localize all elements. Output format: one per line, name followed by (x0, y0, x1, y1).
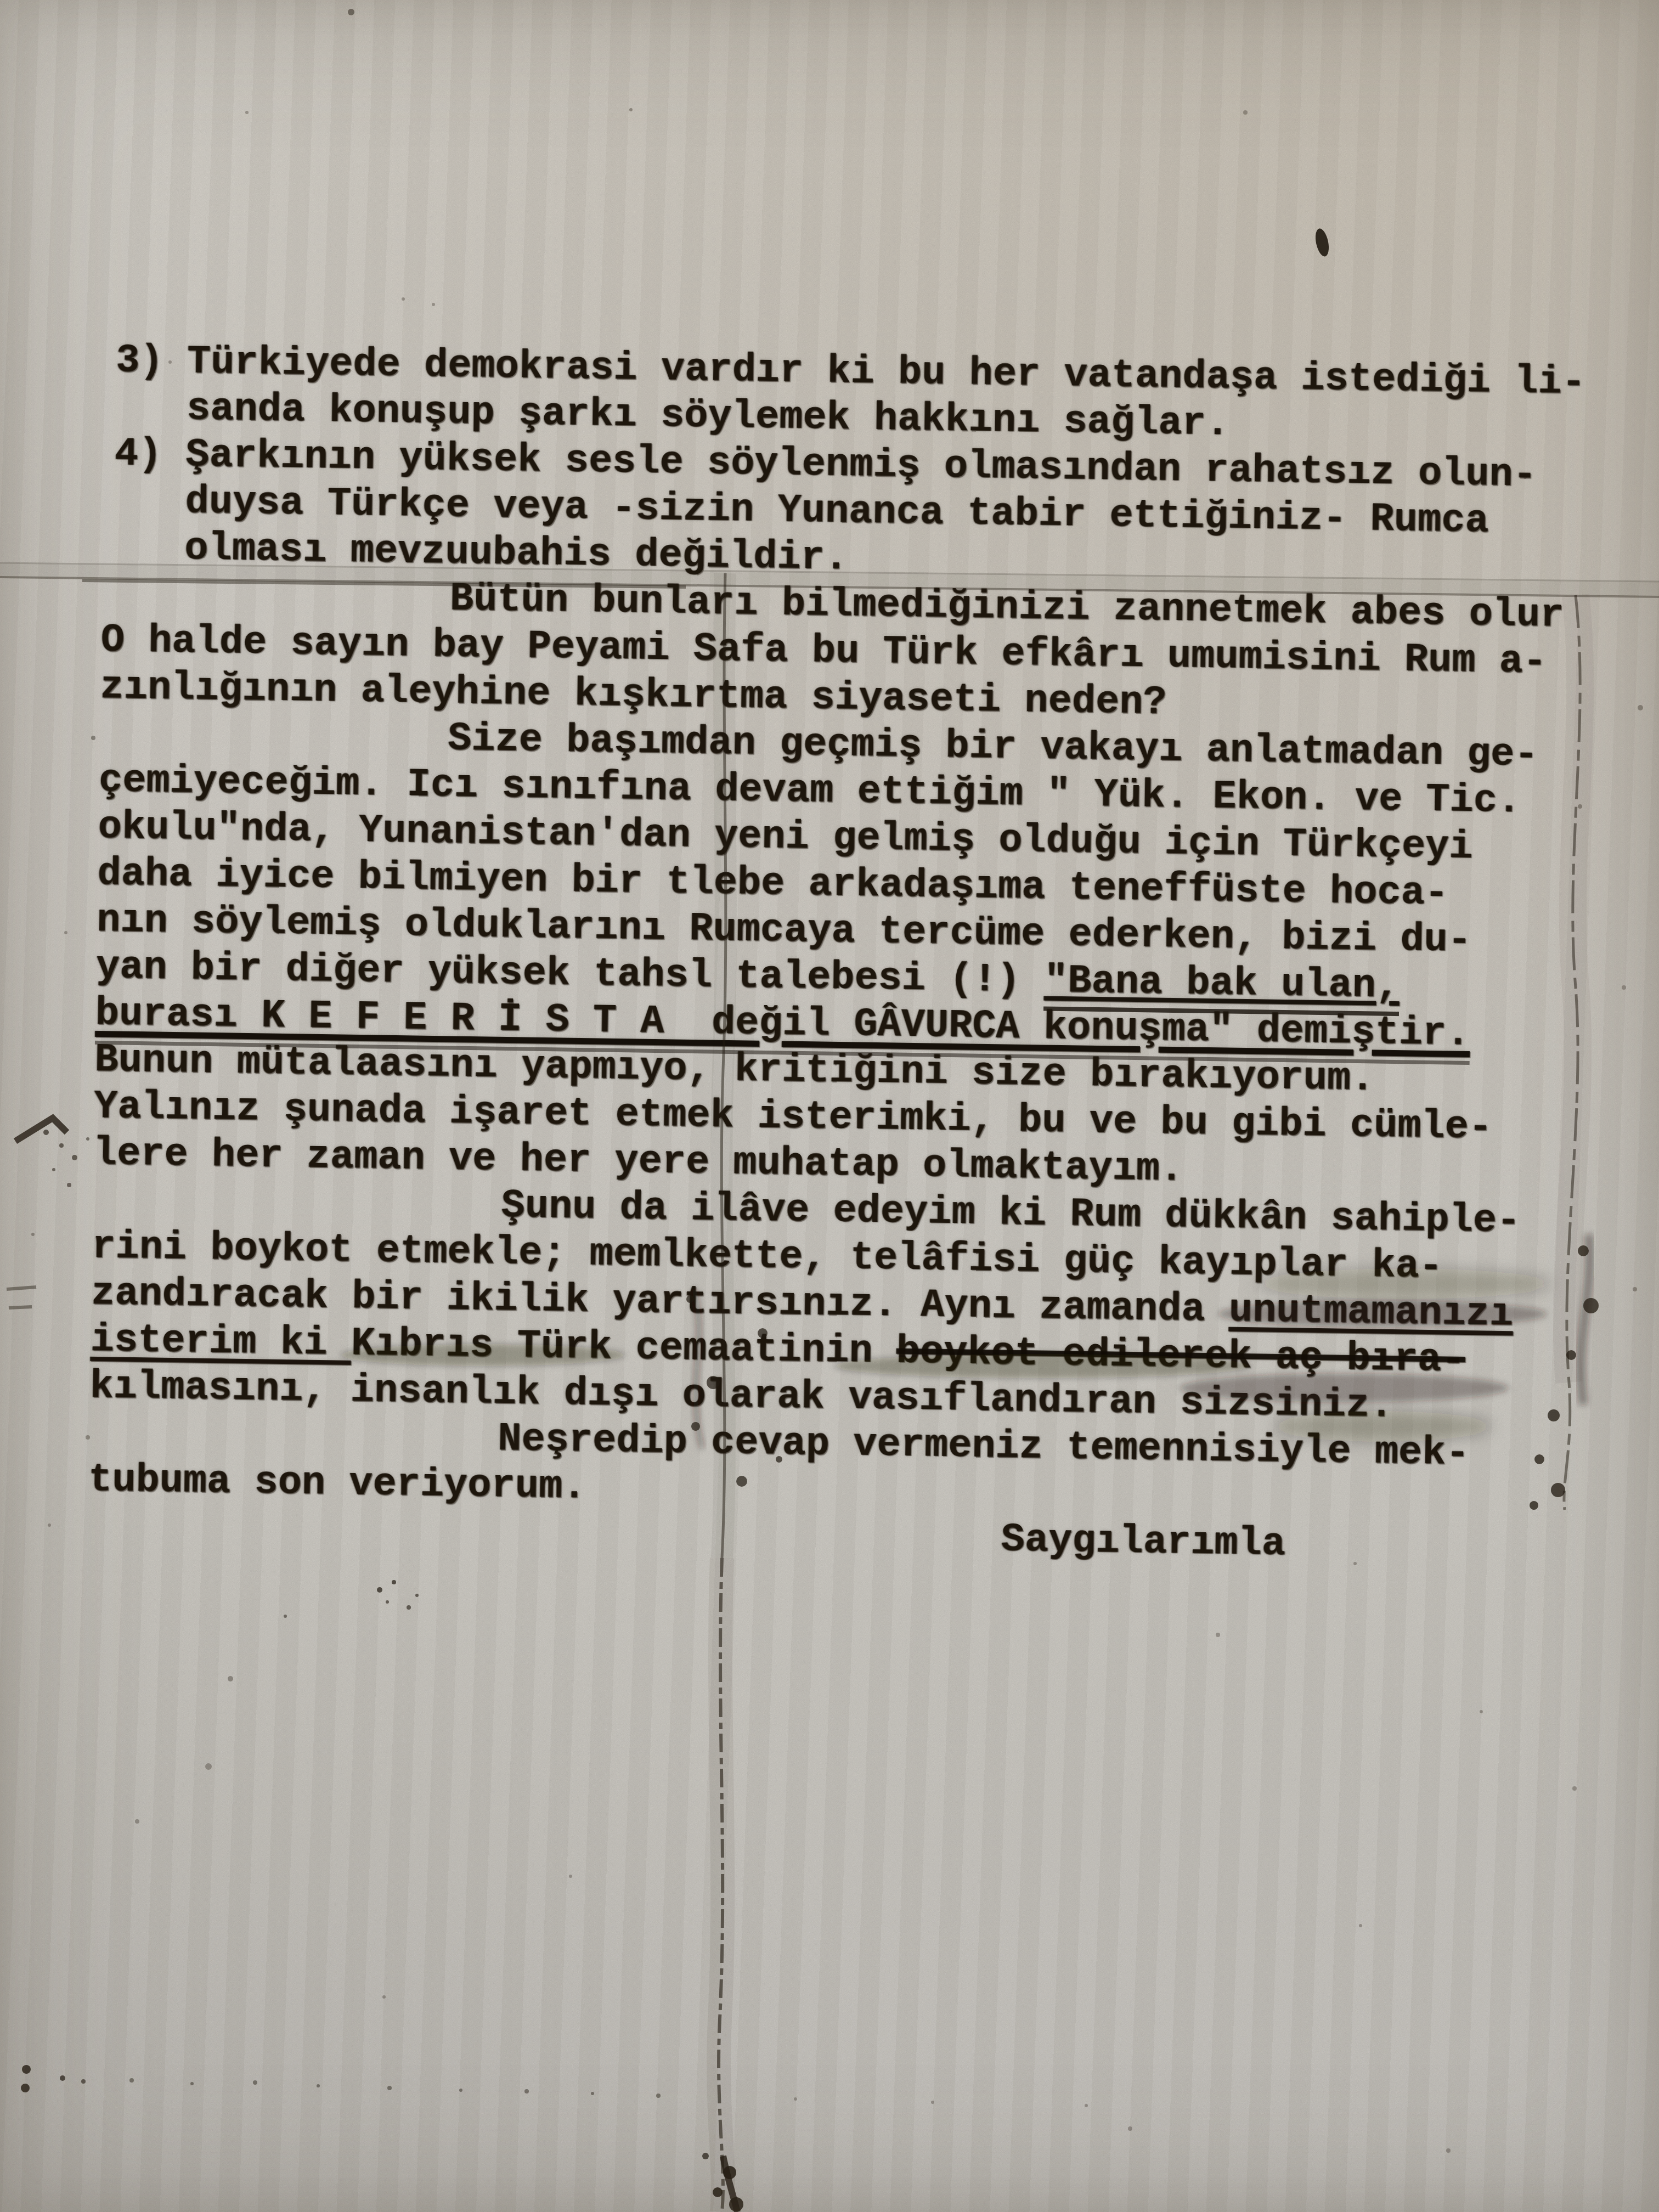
text-segment: Kıbrıs Türk cemaatinin (351, 1321, 897, 1374)
text-segment: olması mevzuubahis değildir. (184, 526, 849, 580)
text-segment: boykot edilerek aç bıra- (896, 1329, 1465, 1383)
text-segment: isterim ki (90, 1317, 351, 1366)
text-segment: tubuma son veriyorum. (88, 1457, 586, 1509)
text-segment: unutmamanızı (1228, 1288, 1514, 1337)
text-segment: Saygılarımla (1001, 1517, 1286, 1566)
letter-body: 3) Türkiyede demokrasi vardır ki bu her … (87, 337, 1652, 1573)
